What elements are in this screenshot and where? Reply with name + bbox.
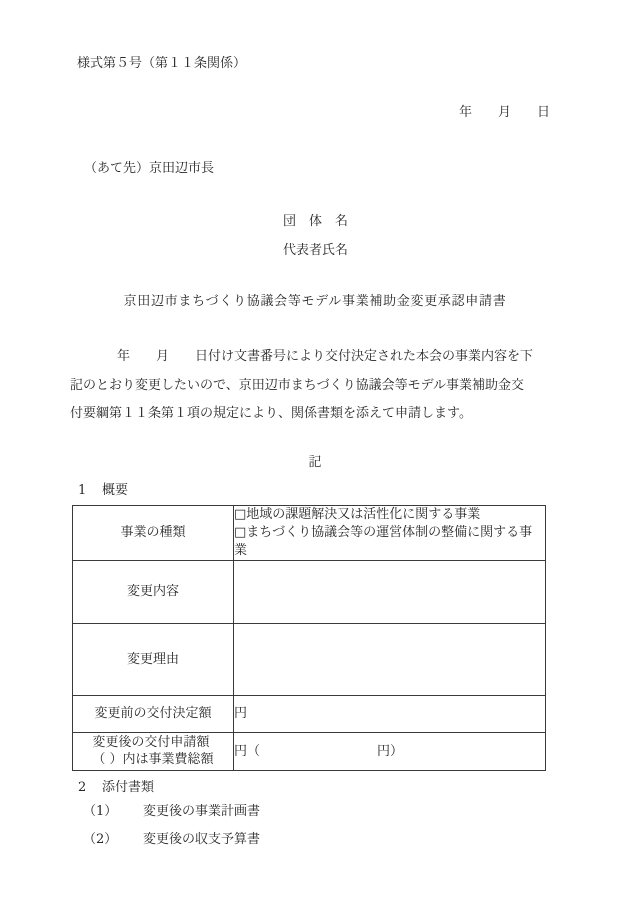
representative-name-label: 代表者氏名 [283, 241, 348, 260]
body-paragraph-line-2: 記のとおり変更したいので、京田辺市まちづくり協議会等モデル事業補助金交 [70, 376, 548, 395]
section-1-heading: 1概要 [78, 481, 128, 500]
attachment-item-1-text: 変更後の事業計画書 [143, 804, 260, 819]
document-page: 様式第５号（第１１条関係） 年 月 日 （あて先）京田辺市長 団 体 名 代表者… [0, 0, 630, 903]
amount-after-label-line-2: （ ）内は事業費総額 [92, 752, 213, 767]
change-details-value [234, 561, 546, 624]
amount-after-label: 変更後の交付申請額（ ）内は事業費総額 [73, 733, 234, 771]
amount-after-label-line-1: 変更後の交付申請額 [92, 735, 209, 750]
change-reason-label: 変更理由 [73, 624, 234, 696]
checkbox-option-council: □まちづくり協議会等の運営体制の整備に関する事業 [234, 524, 545, 560]
organization-name-label: 団 体 名 [283, 212, 348, 231]
business-type-options: □地域の課題解決又は活性化に関する事業 □まちづくり協議会等の運営体制の整備に関… [234, 506, 546, 561]
section-2-heading: 2添付書類 [78, 778, 154, 797]
document-title: 京田辺市まちづくり協議会等モデル事業補助金変更承認申請書 [0, 292, 630, 311]
table-row-change-details: 変更内容 [73, 561, 546, 624]
change-details-label: 変更内容 [73, 561, 234, 624]
table-row-change-reason: 変更理由 [73, 624, 546, 696]
attachment-item-2-text: 変更後の収支予算書 [143, 832, 260, 847]
attachment-item-2: （2）変更後の収支予算書 [83, 830, 260, 849]
attachment-item-2-number: （2） [83, 830, 143, 849]
table-row-amount-after: 変更後の交付申請額（ ）内は事業費総額 円（ 円） [73, 733, 546, 771]
form-number: 様式第５号（第１１条関係） [77, 54, 246, 73]
checkbox-option-regional: □地域の課題解決又は活性化に関する事業 [234, 506, 545, 524]
section-2-title: 添付書類 [102, 780, 154, 795]
amount-before-value: 円 [234, 696, 546, 733]
attachment-item-1: （1）変更後の事業計画書 [83, 802, 260, 821]
section-2-number: 2 [78, 778, 102, 797]
change-reason-value [234, 624, 546, 696]
table-row-amount-before: 変更前の交付決定額 円 [73, 696, 546, 733]
overview-table: 事業の種類 □地域の課題解決又は活性化に関する事業 □まちづくり協議会等の運営体… [72, 505, 546, 771]
amount-after-value: 円（ 円） [234, 733, 546, 771]
record-mark: 記 [0, 453, 630, 472]
amount-before-label: 変更前の交付決定額 [73, 696, 234, 733]
table-row-business-type: 事業の種類 □地域の課題解決又は活性化に関する事業 □まちづくり協議会等の運営体… [73, 506, 546, 561]
date-line: 年 月 日 [459, 103, 550, 122]
section-1-title: 概要 [102, 483, 128, 498]
section-1-number: 1 [78, 481, 102, 500]
amount-after-label-lines: 変更後の交付申請額（ ）内は事業費総額 [92, 734, 213, 768]
addressee-line: （あて先）京田辺市長 [84, 159, 214, 178]
body-paragraph-line-3: 付要綱第１１条第１項の規定により、関係書類を添えて申請します。 [70, 404, 548, 423]
business-type-label: 事業の種類 [73, 506, 234, 561]
body-paragraph-line-1: 年 月 日付け文書番号により交付決定された本会の事業内容を下 [70, 347, 548, 366]
attachment-item-1-number: （1） [83, 802, 143, 821]
